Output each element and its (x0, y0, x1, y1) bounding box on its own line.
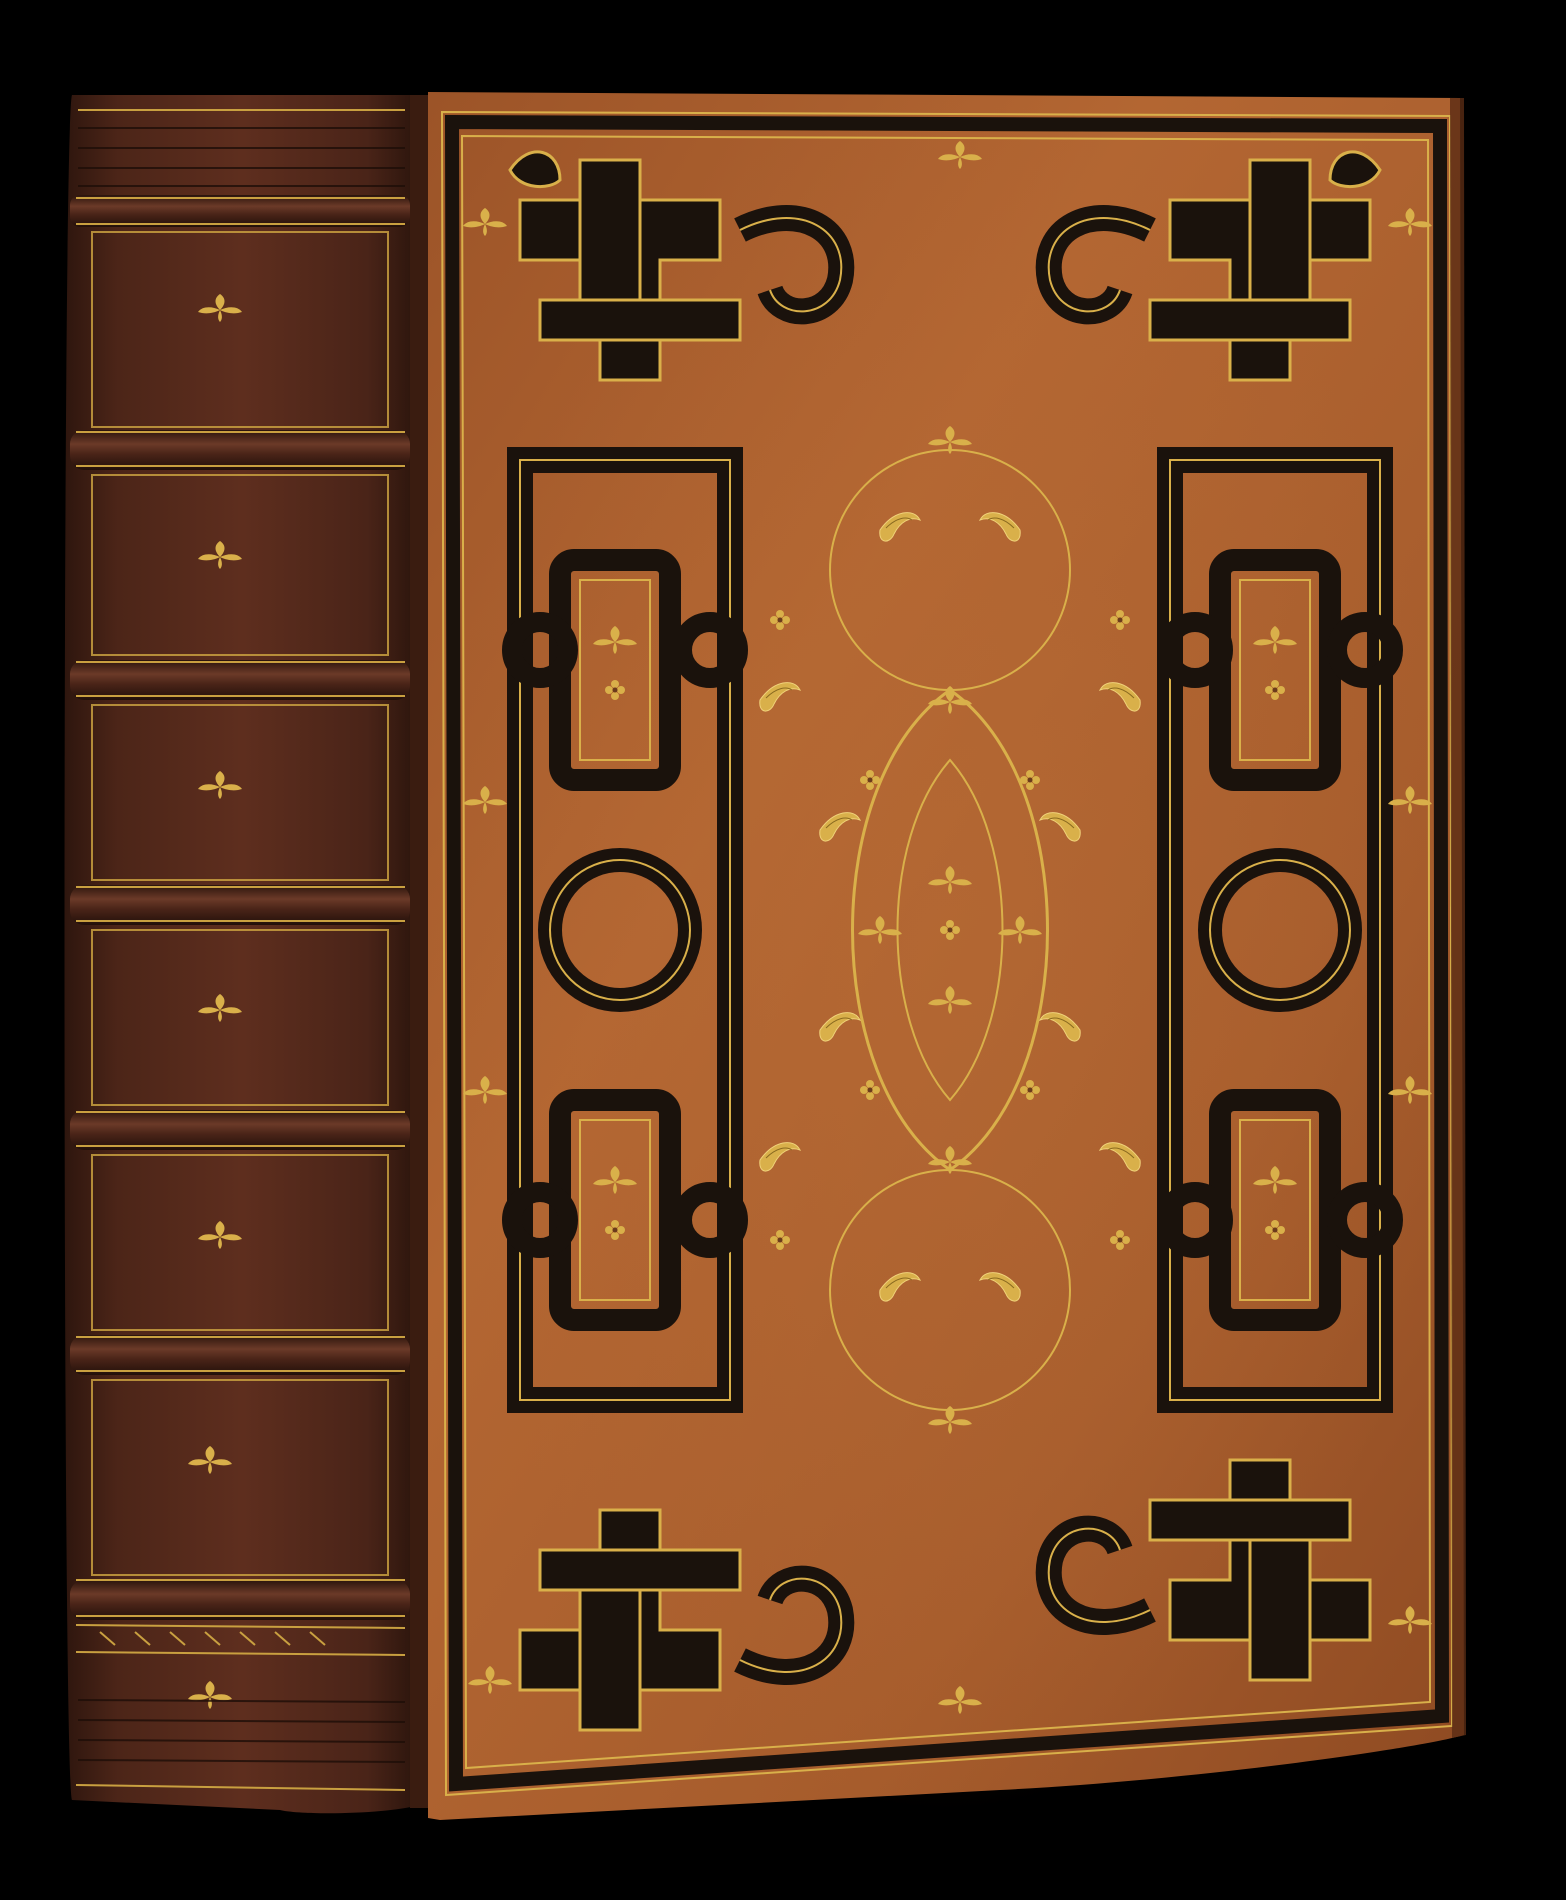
spine-leather (65, 95, 421, 1813)
front-board (428, 92, 1466, 1820)
book-photograph (0, 0, 1566, 1900)
spine (65, 95, 433, 1813)
